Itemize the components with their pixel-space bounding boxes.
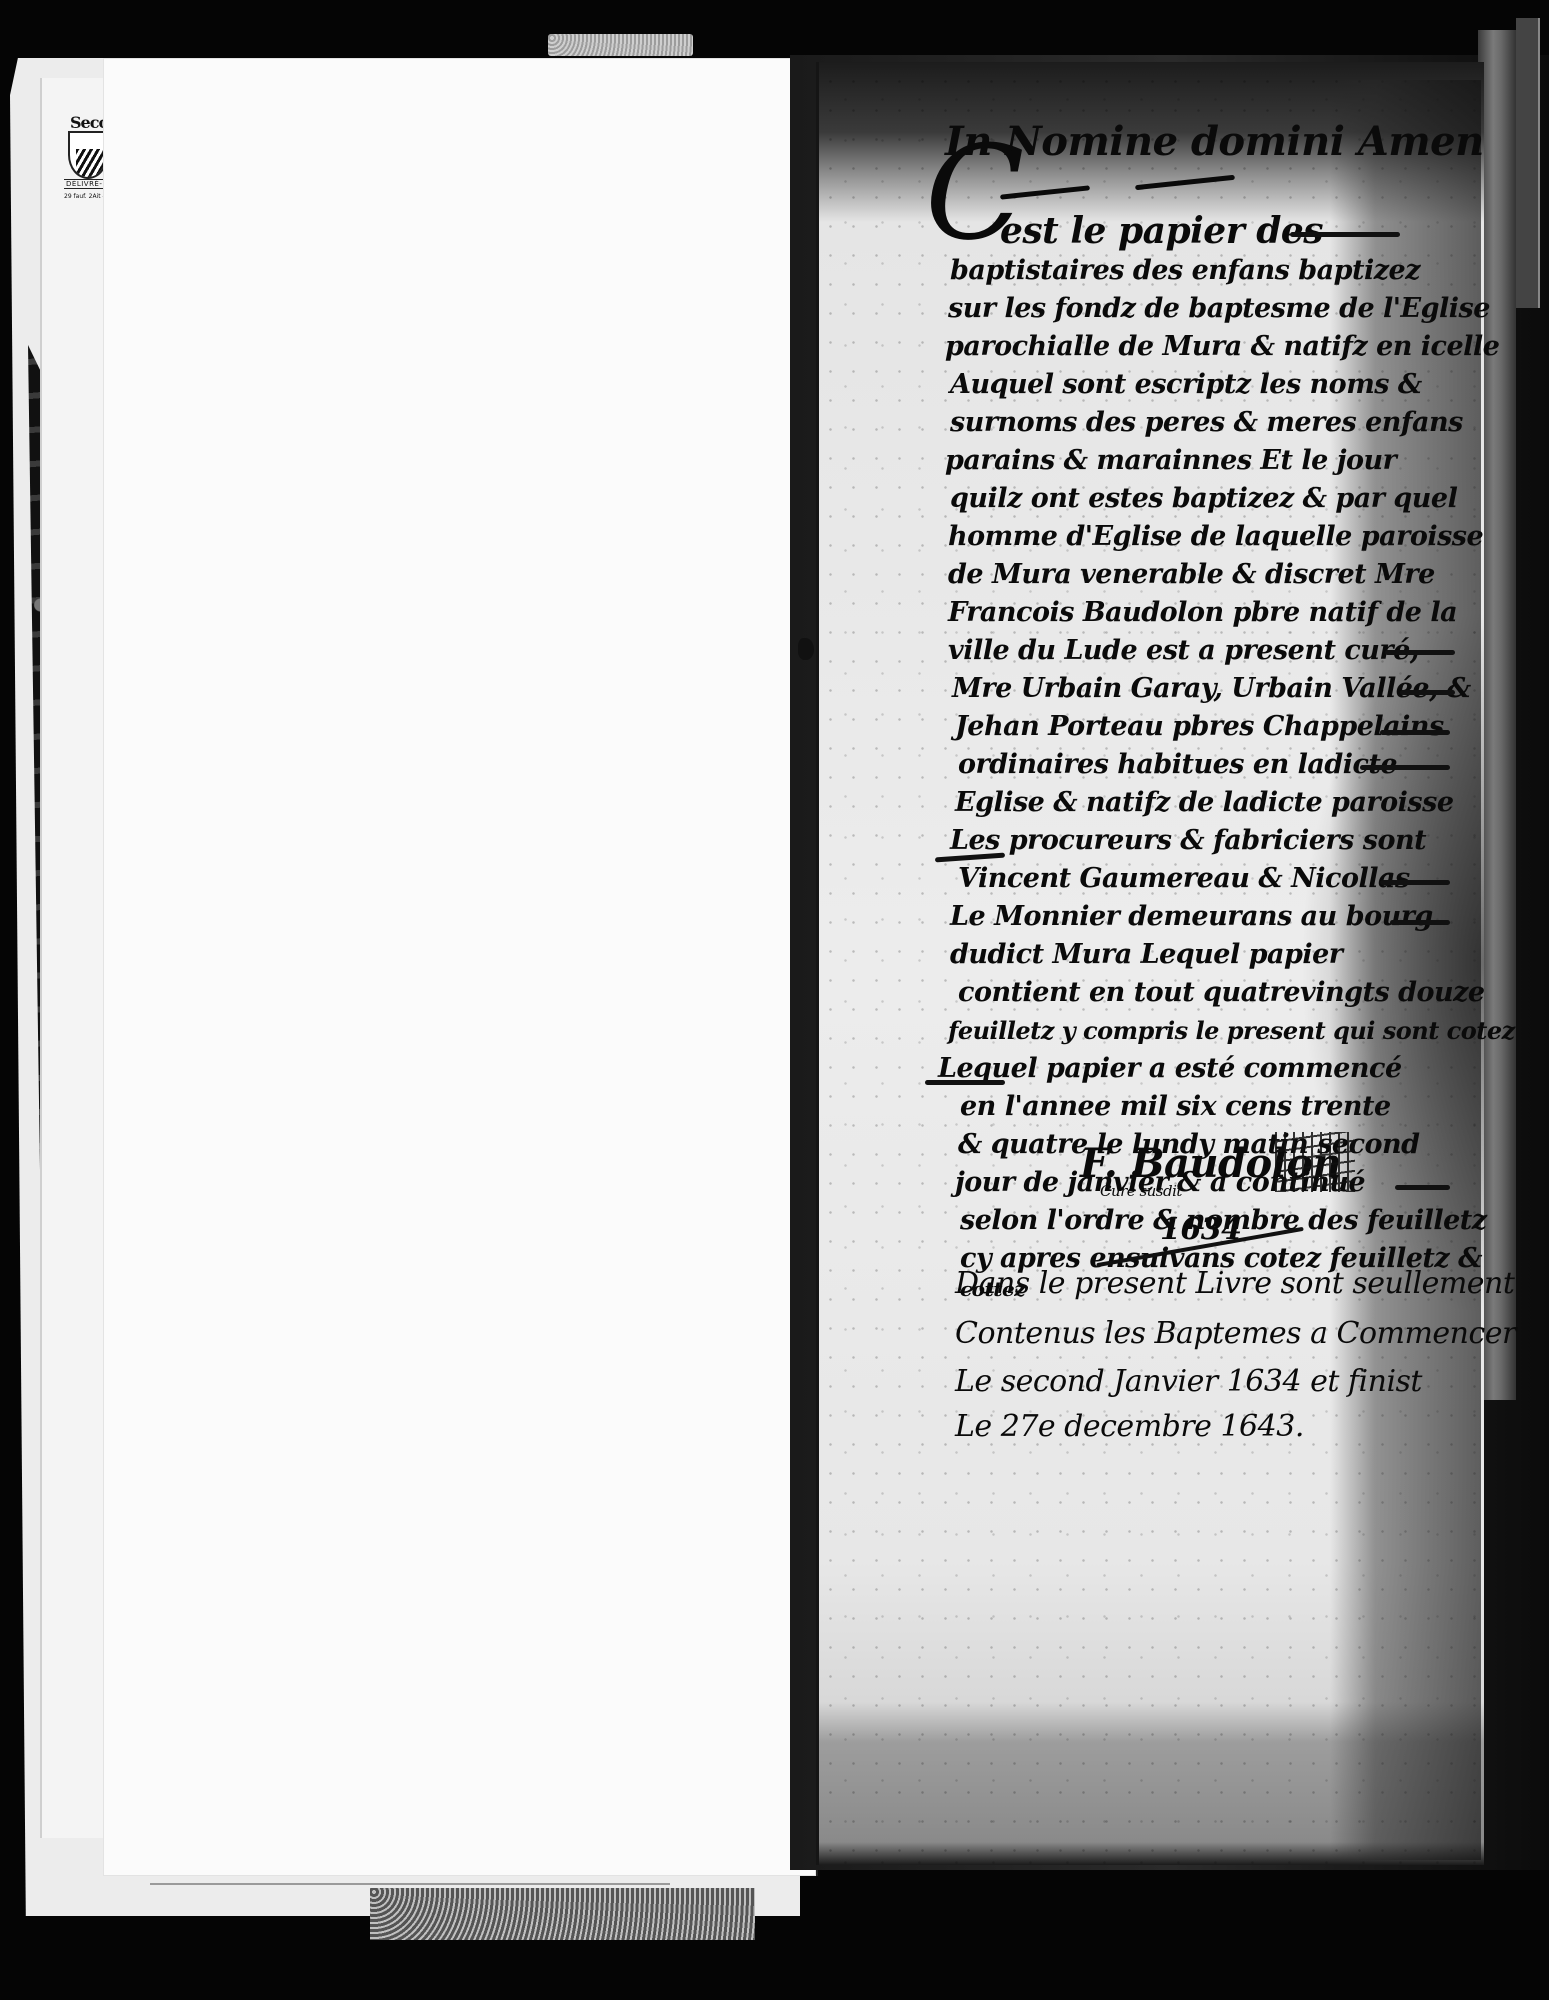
register-line: Mre Urbain Garay, Urbain Vallée, & (952, 670, 1471, 708)
register-line: dudict Mura Lequel papier (950, 936, 1343, 974)
register-line: homme d'Eglise de laquelle paroisse (948, 518, 1483, 556)
insert-rule-line (150, 1883, 670, 1885)
register-line: contient en tout quatrevingts douze (958, 974, 1485, 1012)
line-filler-dash (1360, 765, 1450, 770)
ink-blot (798, 638, 814, 660)
later-note-line: Le 27e decembre 1643. (955, 1405, 1304, 1449)
binding-tab-bottom (370, 1888, 755, 1940)
line-filler-dash (1395, 1185, 1450, 1190)
book-outer-edge (1516, 18, 1540, 308)
line-filler-dash (1385, 650, 1455, 655)
register-line: surnoms des peres & meres enfans (950, 404, 1463, 442)
register-line: Auquel sont escriptz les noms & (950, 366, 1422, 404)
register-line: baptistaires des enfans baptizez (950, 252, 1420, 290)
later-note-line: Dans le present Livre sont seullement (955, 1262, 1514, 1306)
register-line: Eglise & natifz de ladicte paroisse (955, 784, 1454, 822)
line-filler-dash (1400, 690, 1455, 695)
shield-icon (68, 131, 108, 179)
signature-paraph (1275, 1132, 1355, 1192)
later-note-line: Le second Janvier 1634 et finist (955, 1360, 1422, 1404)
line-filler-dash (1390, 920, 1450, 925)
register-line: en l'annee mil six cens trente (960, 1088, 1391, 1126)
register-line: parains & marainnes Et le jour (945, 442, 1396, 480)
line-filler-dash (1380, 730, 1450, 735)
later-note-line: Contenus les Baptemes a Commencer (955, 1312, 1516, 1356)
register-line: Jehan Porteau pbres Chappelains (955, 708, 1444, 746)
register-line: quilz ont estes baptizez & par quel (950, 480, 1457, 518)
register-line: feuilletz y compris le present qui sont … (948, 1012, 1515, 1050)
register-line: parochialle de Mura & natifz en icelle (945, 328, 1499, 366)
register-line: de Mura venerable & discret Mre (948, 556, 1435, 594)
register-line: Francois Baudolon pbre natif de la (948, 594, 1457, 632)
binding-tab-top (548, 34, 693, 56)
register-heading: In Nomine domini Amen (945, 118, 1484, 165)
register-line: Le Monnier demeurans au bourg (950, 898, 1433, 936)
line-filler-dash (1380, 880, 1450, 885)
register-line: Les procureurs & fabriciers sont (950, 822, 1426, 860)
archive-logo-stamp: Seco DÉLIVRÉ-D 29 fauf. 2Ait 48 (64, 113, 108, 203)
register-line: sur les fondz de baptesme de l'Eglise (948, 290, 1490, 328)
register-line: ville du Lude est a present curé, (948, 632, 1419, 670)
signature-title: Cure susdit (1100, 1182, 1182, 1200)
register-line: est le papier des (1000, 212, 1323, 250)
blank-insert-sheet (103, 58, 818, 1876)
line-filler-dash (1290, 232, 1400, 237)
register-line: ordinaires habitues en ladicte (958, 746, 1397, 784)
line-filler-dash (925, 1080, 1005, 1085)
register-line: Vincent Gaumereau & Nicollas (958, 860, 1410, 898)
register-line: Lequel papier a esté commencé (938, 1050, 1402, 1088)
